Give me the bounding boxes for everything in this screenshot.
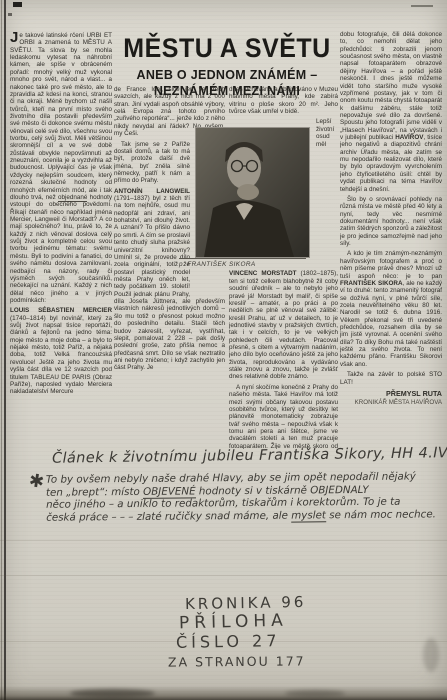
text-segment: ten „brept“: místo: [46, 485, 143, 498]
article-column-1: Je takové latinské rčení URBI ET ORBI a …: [10, 32, 112, 449]
text-segment: se nám moc nechce.: [326, 508, 436, 521]
text-segment: LOUIS SÉBASTIEN MERCIER: [10, 307, 112, 314]
text-segment: A kdo je tím známým-neznámým havířovským…: [340, 250, 442, 279]
article-column-4: dobu fotografuje, čili dělá dokonce to, …: [340, 31, 442, 449]
handwritten-strana-label: ZA STRANOU 177: [168, 653, 306, 669]
text-segment: e takové latinské rčení URBI ET ORBI a z…: [10, 32, 112, 201]
scan-edge-line: [4, 0, 6, 700]
scan-smudge: [285, 690, 345, 697]
handwritten-kronika-label: KRONIKA 96: [185, 593, 307, 613]
paragraph: Je takové latinské rčení URBI ET ORBI a …: [10, 32, 112, 304]
handwritten-priloha-label: PŘÍLOHA: [179, 611, 288, 634]
text-segment: , ale ne každý ví to druhé: tento znamen…: [340, 280, 442, 368]
scanned-newspaper-page: MĚSTU A SVĚTU ANEB O JEDNOM ZNÁMÉM – NEZ…: [0, 0, 447, 700]
text-segment: OBJEVENÉ: [143, 485, 196, 498]
paragraph: LOUIS SÉBASTIEN MERCIER (1740–1814) byl …: [10, 307, 112, 395]
paragraph: A kdo je tím známým-neznámým havířovským…: [340, 250, 442, 368]
paragraph: A nyní skočíme konečně z Prahy do našeho…: [229, 384, 338, 449]
text-segment: FRANTIŠEK SIKORA: [340, 280, 403, 287]
portrait-photo-graphic: [196, 128, 309, 257]
text-segment: (1802–1875), ten si totiž celkem blahoby…: [229, 270, 338, 380]
scan-bottom-shadow: [0, 686, 447, 700]
handwritten-note: To by ovšem nebyly naše drahé Hlavy, aby…: [46, 470, 442, 523]
portrait-photo: [196, 128, 309, 257]
scan-edge-line-faint: [1, 0, 2, 700]
byline-role: KRONIKÁŘ MĚSTA HAVÍŘOVA: [340, 399, 442, 406]
text-segment: Lepší životní osud měl: [316, 118, 334, 147]
scan-smudge: [423, 638, 439, 672]
asterisk-mark: ✱: [28, 470, 46, 493]
scan-artifact: [8, 13, 12, 16]
scan-artifact: [411, 5, 433, 7]
byline-name: PŘEMYSL RUTA: [340, 390, 442, 398]
paragraph: dnes uchováno a obdivováno v Muzeu hlavn…: [229, 86, 338, 115]
text-segment: hodnoty vstoupí do obecného povědomí. Ří…: [10, 194, 112, 304]
paragraph: Takže na závěr to polské STO LAT!: [340, 371, 442, 386]
handwritten-cislo-label: ČÍSLO 27: [176, 631, 281, 652]
text-segment: dobu fotografuje, čili dělá dokonce to, …: [340, 31, 442, 141]
scan-artifact: [13, 2, 22, 7]
photo-caption: p. FRANTIŠEK SIKORA: [179, 258, 306, 268]
text-segment: česká práce – – – zlaté ručičky snad mám…: [46, 509, 291, 523]
article-headline: MĚSTU A SVĚTU: [114, 33, 340, 64]
text-segment: (1740–1814) byl novinář, který za svůj ž…: [10, 315, 112, 396]
text-segment: hodnoty si v tiskárně OBJEDNALY: [196, 483, 369, 497]
note-line-4: česká práce – – – zlaté ručičky snad mám…: [46, 508, 442, 524]
paragraph: dobu fotografuje, čili dělá dokonce to, …: [340, 31, 442, 193]
paper-crease: [0, 540, 447, 541]
text-segment: , tisíce jeho negativů a diapozitivů chr…: [340, 134, 442, 193]
paragraph: Šlo by o srovnávací pohledy na různá mís…: [340, 196, 442, 248]
text-segment: HAVÍŘOV: [395, 134, 423, 141]
drop-cap: J: [10, 32, 19, 44]
paper-crease: [0, 575, 447, 576]
text-segment: VINCENC MORSTADT: [229, 270, 297, 277]
text-segment: myslet: [291, 509, 326, 522]
scan-smudge: [70, 689, 155, 698]
subtitle-line-1: ANEB O JEDNOM ZNÁMÉM –: [114, 68, 340, 84]
text-segment: ANTONÍN LANGWEIL: [114, 188, 190, 195]
